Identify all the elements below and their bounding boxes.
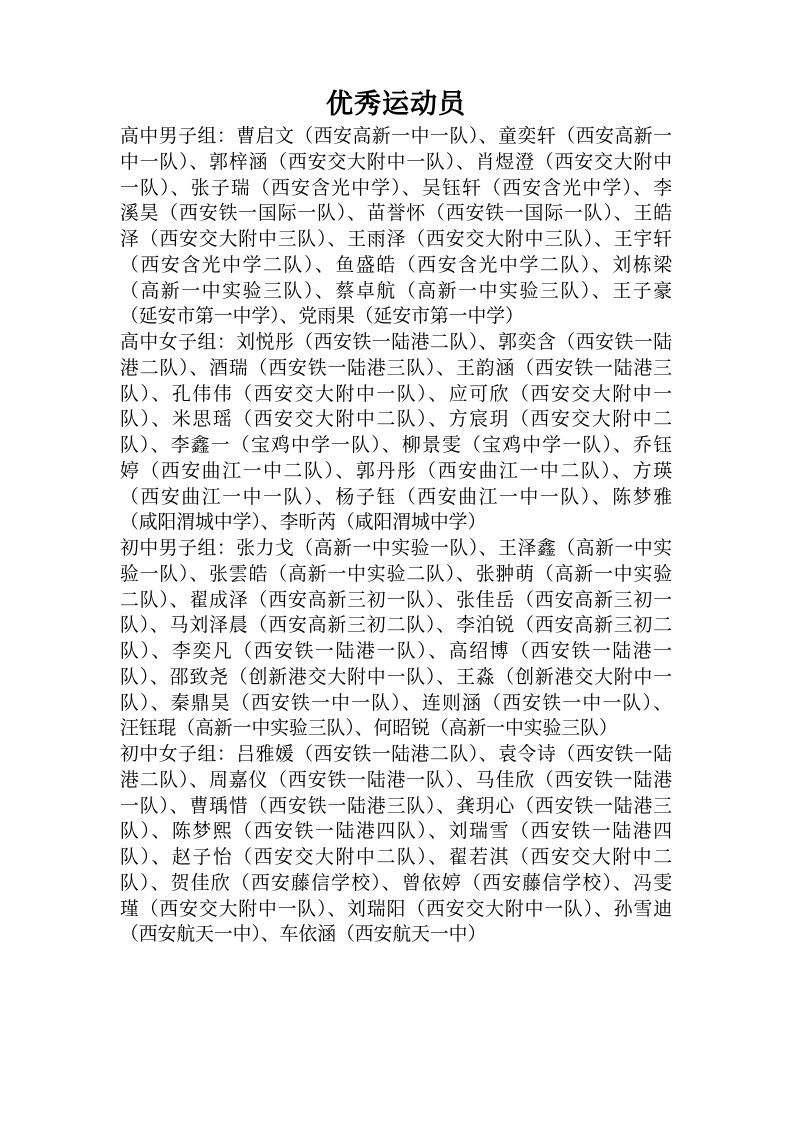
document-page: 优秀运动员 高中男子组：曹启文（西安高新一中一队）、童奕轩（西安高新一中一队）、… <box>0 0 800 1131</box>
document-content: 优秀运动员 高中男子组：曹启文（西安高新一中一队）、童奕轩（西安高新一中一队）、… <box>120 86 672 948</box>
text-line: 队）、陈梦熙（西安铁一陆港四队）、刘瑞雪（西安铁一陆港四 <box>120 819 672 845</box>
text-line: 初中男子组：张力戈（高新一中实验一队）、王泽鑫（高新一中实 <box>120 536 672 562</box>
athlete-section: 高中女子组：刘悦彤（西安铁一陆港二队）、郭奕含（西安铁一陆港二队）、酒瑞（西安铁… <box>120 330 672 536</box>
text-line: 队）、贺佳欣（西安藤信学校）、曾依婷（西安藤信学校）、冯雯 <box>120 871 672 897</box>
text-line: （西安含光中学二队）、鱼盛皓（西安含光中学二队）、刘栋梁 <box>120 253 672 279</box>
text-line: 队）、米思瑶（西安交大附中二队）、方宸玥（西安交大附中二 <box>120 407 672 433</box>
document-title: 优秀运动员 <box>120 86 672 122</box>
text-line: 队）、秦鼎昊（西安铁一中一队）、连则涵（西安铁一中一队）、 <box>120 691 672 717</box>
text-line: 队）、邵致尧（创新港交大附中一队）、王淼（创新港交大附中一 <box>120 665 672 691</box>
text-line: 瑾（西安交大附中一队）、刘瑞阳（西安交大附中一队）、孙雪迪 <box>120 897 672 923</box>
text-line: 初中女子组：吕雅媛（西安铁一陆港二队）、袁令诗（西安铁一陆 <box>120 742 672 768</box>
text-line: 高中男子组：曹启文（西安高新一中一队）、童奕轩（西安高新一 <box>120 124 672 150</box>
athlete-section: 高中男子组：曹启文（西安高新一中一队）、童奕轩（西安高新一中一队）、郭梓涵（西安… <box>120 124 672 330</box>
text-line: 队）、李奕凡（西安铁一陆港一队）、高绍博（西安铁一陆港一 <box>120 639 672 665</box>
text-line: （延安市第一中学）、党雨果（延安市第一中学） <box>120 304 672 330</box>
text-line: 婷（西安曲江一中二队）、郭丹彤（西安曲江一中二队）、方瑛 <box>120 459 672 485</box>
text-line: 汪钰琨（高新一中实验三队）、何昭锐（高新一中实验三队） <box>120 716 672 742</box>
athlete-section: 初中男子组：张力戈（高新一中实验一队）、王泽鑫（高新一中实验一队）、张雲皓（高新… <box>120 536 672 742</box>
sections: 高中男子组：曹启文（西安高新一中一队）、童奕轩（西安高新一中一队）、郭梓涵（西安… <box>120 124 672 948</box>
text-line: 队）、孔伟伟（西安交大附中一队）、应可欣（西安交大附中一 <box>120 382 672 408</box>
text-line: 泽（西安交大附中三队）、王雨泽（西安交大附中三队）、王宇轩 <box>120 227 672 253</box>
text-line: 队）、李鑫一（宝鸡中学一队）、柳景雯（宝鸡中学一队）、乔钰 <box>120 433 672 459</box>
text-line: 港二队）、周嘉仪（西安铁一陆港一队）、马佳欣（西安铁一陆港 <box>120 768 672 794</box>
text-line: 高中女子组：刘悦彤（西安铁一陆港二队）、郭奕含（西安铁一陆 <box>120 330 672 356</box>
text-line: 中一队）、郭梓涵（西安交大附中一队）、肖煜澄（西安交大附中 <box>120 150 672 176</box>
text-line: 验一队）、张雲皓（高新一中实验二队）、张翀萌（高新一中实验 <box>120 562 672 588</box>
text-line: 港二队）、酒瑞（西安铁一陆港三队）、王韵涵（西安铁一陆港三 <box>120 356 672 382</box>
athlete-section: 初中女子组：吕雅媛（西安铁一陆港二队）、袁令诗（西安铁一陆港二队）、周嘉仪（西安… <box>120 742 672 948</box>
text-line: （西安曲江一中一队）、杨子钰（西安曲江一中一队）、陈梦雅 <box>120 485 672 511</box>
text-line: （咸阳渭城中学）、李昕芮（咸阳渭城中学） <box>120 510 672 536</box>
text-line: 队）、马刘泽晨（西安高新三初二队）、李泊锐（西安高新三初二 <box>120 613 672 639</box>
text-line: （西安航天一中）、车依涵（西安航天一中） <box>120 922 672 948</box>
text-line: 二队）、翟成泽（西安高新三初一队）、张佳岳（西安高新三初一 <box>120 588 672 614</box>
text-line: 一队）、张子瑞（西安含光中学）、吴钰轩（西安含光中学）、李 <box>120 176 672 202</box>
text-line: （高新一中实验三队）、蔡卓航（高新一中实验三队）、王子豪 <box>120 279 672 305</box>
text-line: 队）、赵子怡（西安交大附中二队）、翟若淇（西安交大附中二 <box>120 845 672 871</box>
text-line: 溪昊（西安铁一国际一队）、苗誉怀（西安铁一国际一队）、王皓 <box>120 201 672 227</box>
text-line: 一队）、曹瑀惜（西安铁一陆港三队）、龚玥心（西安铁一陆港三 <box>120 794 672 820</box>
